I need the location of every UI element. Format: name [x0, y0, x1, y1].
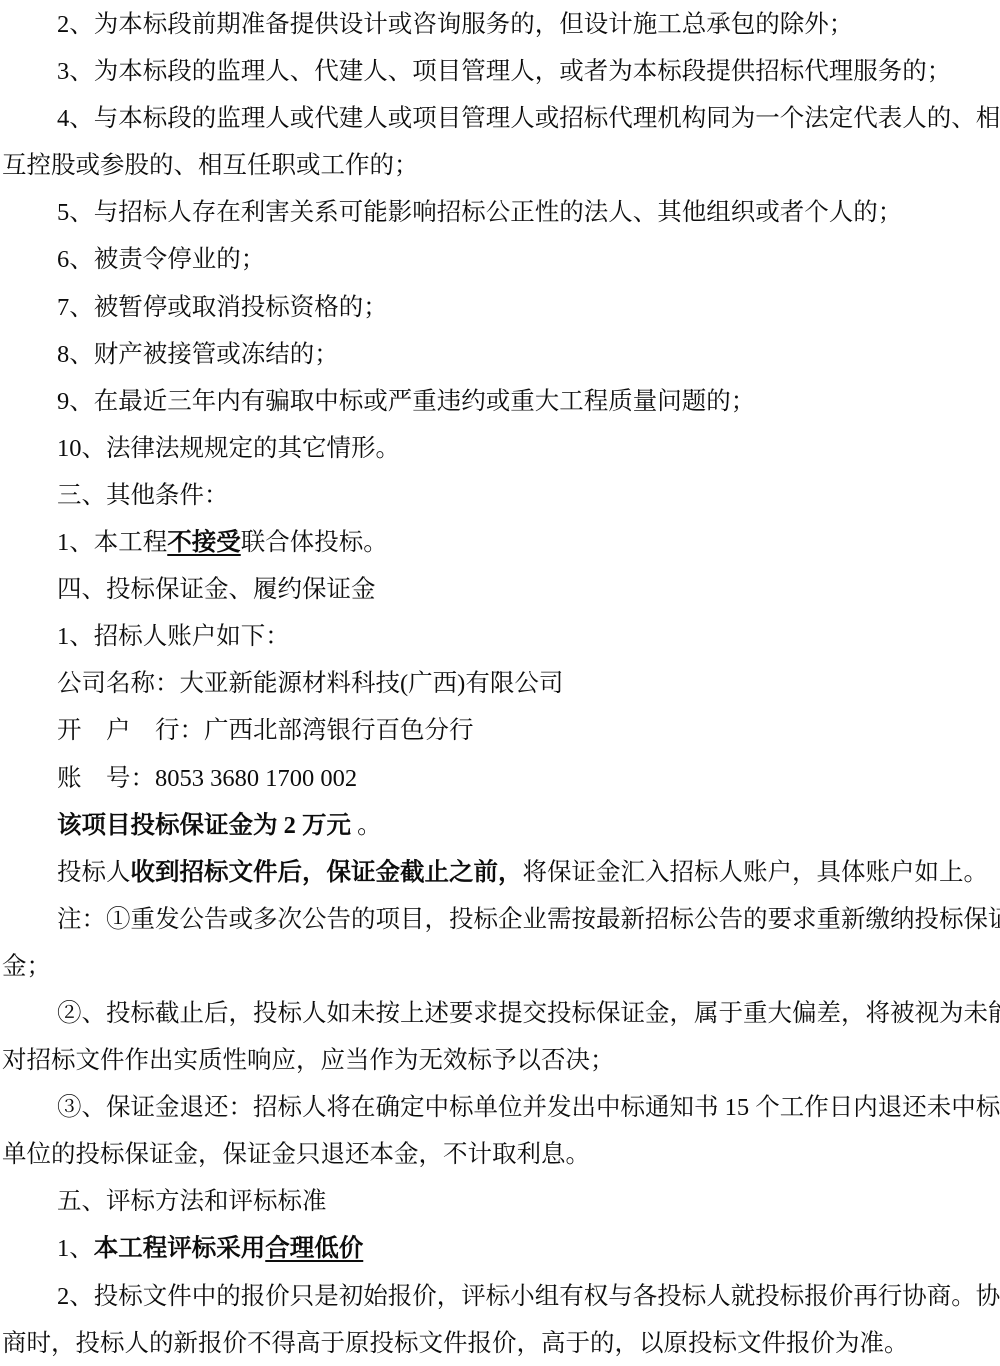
text-run: 单位的投标保证金，保证金只退还本金，不计取利息。 [2, 1141, 590, 1168]
text-line: 2、为本标段前期准备提供设计或咨询服务的，但设计施工总承包的除外； [2, 1, 998, 48]
document-page: 2、为本标段前期准备提供设计或咨询服务的，但设计施工总承包的除外；3、为本标段的… [0, 0, 1000, 1366]
text-run: 开 户 行：广西北部湾银行百色分行 [57, 717, 474, 744]
text-run: 10、法律法规规定的其它情形。 [57, 435, 400, 462]
text-line: 三、其他条件： [2, 472, 998, 519]
text-line: 商时，投标人的新报价不得高于原投标文件报价，高于的，以原投标文件报价为准。 [2, 1320, 998, 1366]
text-line: 1、招标人账户如下： [2, 613, 998, 660]
text-run: 8、财产被接管或冻结的； [57, 341, 339, 368]
text-line: 四、投标保证金、履约保证金 [2, 566, 998, 613]
text-line: 5、与招标人存在利害关系可能影响招标公正性的法人、其他组织或者个人的； [2, 189, 998, 236]
text-run: 3、为本标段的监理人、代建人、项目管理人，或者为本标段提供招标代理服务的； [57, 58, 951, 85]
text-run: 投标人 [57, 859, 131, 886]
text-line: 8、财产被接管或冻结的； [2, 331, 998, 378]
text-run: 1、 [57, 1235, 94, 1262]
text-run: 互控股或参股的、相互任职或工作的； [2, 152, 419, 179]
text-run: 公司名称：大亚新能源材料科技(广西)有限公司 [57, 670, 563, 697]
text-run: 四、投标保证金、履约保证金 [57, 576, 376, 603]
emphasized-text-run: 本工程评标采用 [94, 1235, 266, 1262]
text-run: ②、投标截止后，投标人如未按上述要求提交投标保证金，属于重大偏差，将被视为未能 [57, 1000, 1000, 1027]
text-run: 五、评标方法和评标标准 [57, 1188, 327, 1215]
text-run: 联合体投标。 [241, 529, 388, 556]
text-run: 2、为本标段前期准备提供设计或咨询服务的，但设计施工总承包的除外； [57, 11, 853, 38]
text-run: 2、投标文件中的报价只是初始报价，评标小组有权与各投标人就投标报价再行协商。协 [57, 1283, 1000, 1310]
text-run: 金； [2, 953, 51, 980]
text-line: 10、法律法规规定的其它情形。 [2, 425, 998, 472]
text-run: 注：①重发公告或多次公告的项目，投标企业需按最新招标公告的要求重新缴纳投标保证 [57, 906, 1000, 933]
text-line: 单位的投标保证金，保证金只退还本金，不计取利息。 [2, 1131, 998, 1178]
text-line: 1、本工程不接受联合体投标。 [2, 519, 998, 566]
text-run: 7、被暂停或取消投标资格的； [57, 294, 388, 321]
text-line: 3、为本标段的监理人、代建人、项目管理人，或者为本标段提供招标代理服务的； [2, 48, 998, 95]
text-line: 对招标文件作出实质性响应，应当作为无效标予以否决； [2, 1037, 998, 1084]
document-lines: 2、为本标段前期准备提供设计或咨询服务的，但设计施工总承包的除外；3、为本标段的… [2, 1, 998, 1366]
text-run: 账 号：8053 3680 1700 002 [57, 765, 357, 792]
emphasized-text-run: 合理低价 [265, 1235, 363, 1262]
emphasized-text-run: 该项目投标保证金为 2 万元 [57, 812, 351, 839]
text-line: 该项目投标保证金为 2 万元 。 [2, 802, 998, 849]
text-line: ②、投标截止后，投标人如未按上述要求提交投标保证金，属于重大偏差，将被视为未能 [2, 990, 998, 1037]
text-line: 9、在最近三年内有骗取中标或严重违约或重大工程质量问题的； [2, 378, 998, 425]
text-line: 6、被责令停业的； [2, 236, 998, 283]
text-run: 6、被责令停业的； [57, 246, 265, 273]
emphasized-text-run: 收到招标文件后，保证金截止之前， [131, 859, 523, 886]
text-line: ③、保证金退还：招标人将在确定中标单位并发出中标通知书 15 个工作日内退还未中… [2, 1084, 998, 1131]
text-run: 1、招标人账户如下： [57, 623, 290, 650]
text-run: 。 [351, 812, 382, 839]
text-run: 对招标文件作出实质性响应，应当作为无效标予以否决； [2, 1047, 615, 1074]
text-run: ③、保证金退还：招标人将在确定中标单位并发出中标通知书 15 个工作日内退还未中… [57, 1094, 1000, 1121]
text-line: 7、被暂停或取消投标资格的； [2, 284, 998, 331]
text-line: 注：①重发公告或多次公告的项目，投标企业需按最新招标公告的要求重新缴纳投标保证 [2, 896, 998, 943]
text-line: 公司名称：大亚新能源材料科技(广西)有限公司 [2, 660, 998, 707]
text-line: 4、与本标段的监理人或代建人或项目管理人或招标代理机构同为一个法定代表人的、相 [2, 95, 998, 142]
text-run: 商时，投标人的新报价不得高于原投标文件报价，高于的，以原投标文件报价为准。 [2, 1330, 909, 1357]
text-run: 4、与本标段的监理人或代建人或项目管理人或招标代理机构同为一个法定代表人的、相 [57, 105, 1000, 132]
text-line: 互控股或参股的、相互任职或工作的； [2, 142, 998, 189]
text-line: 金； [2, 943, 998, 990]
text-run: 三、其他条件： [57, 482, 229, 509]
text-run: 将保证金汇入招标人账户，具体账户如上。 [523, 859, 989, 886]
text-line: 2、投标文件中的报价只是初始报价，评标小组有权与各投标人就投标报价再行协商。协 [2, 1273, 998, 1320]
text-line: 五、评标方法和评标标准 [2, 1178, 998, 1225]
text-line: 开 户 行：广西北部湾银行百色分行 [2, 707, 998, 754]
emphasized-text-run: 不接受 [167, 529, 241, 556]
text-run: 1、本工程 [57, 529, 167, 556]
text-line: 账 号：8053 3680 1700 002 [2, 755, 998, 802]
text-line: 1、本工程评标采用合理低价 [2, 1225, 998, 1272]
text-line: 投标人收到招标文件后，保证金截止之前，将保证金汇入招标人账户，具体账户如上。 [2, 849, 998, 896]
text-run: 5、与招标人存在利害关系可能影响招标公正性的法人、其他组织或者个人的； [57, 199, 902, 226]
text-run: 9、在最近三年内有骗取中标或严重违约或重大工程质量问题的； [57, 388, 755, 415]
